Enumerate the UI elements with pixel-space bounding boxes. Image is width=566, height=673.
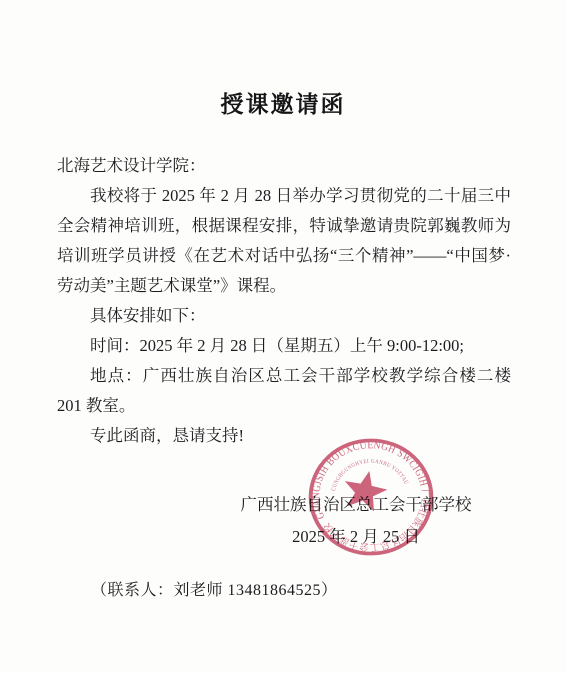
svg-text:CUNGHGUNGHVEI GANBU YOZYAU: CUNGHGUNGHVEI GANBU YOZYAU: [331, 459, 409, 492]
body-paragraph-closing: 专此函商，恳请支持!: [57, 421, 511, 451]
contact-line: （联系人：刘老师 13481864525）: [91, 577, 338, 600]
body-paragraph-time: 时间：2025 年 2 月 28 日（星期五）上午 9:00-12:00;: [57, 331, 511, 361]
signature-organization: 广西壮族自治区总工会干部学校: [240, 489, 472, 521]
signature-block: 广西壮族自治区总工会干部学校 2025 年 2 月 25 日: [240, 489, 472, 553]
seal-inner-text: CUNGHGUNGHVEI GANBU YOZYAU: [331, 459, 409, 492]
recipient-line: 北海艺术设计学院：: [57, 151, 511, 181]
body-paragraph-location: 地点：广西壮族自治区总工会干部学校教学综合楼二楼 201 教室。: [57, 361, 511, 421]
body-paragraph: 具体安排如下：: [57, 301, 511, 331]
letter-body: 北海艺术设计学院： 我校将于 2025 年 2 月 28 日举办学习贯彻党的二十…: [57, 151, 511, 451]
body-paragraph: 我校将于 2025 年 2 月 28 日举办学习贯彻党的二十届三中全会精神培训班…: [57, 181, 511, 301]
signature-date: 2025 年 2 月 25 日: [240, 521, 472, 553]
invitation-letter-page: 授课邀请函 北海艺术设计学院： 我校将于 2025 年 2 月 28 日举办学习…: [0, 0, 566, 673]
document-title: 授课邀请函: [0, 86, 566, 119]
